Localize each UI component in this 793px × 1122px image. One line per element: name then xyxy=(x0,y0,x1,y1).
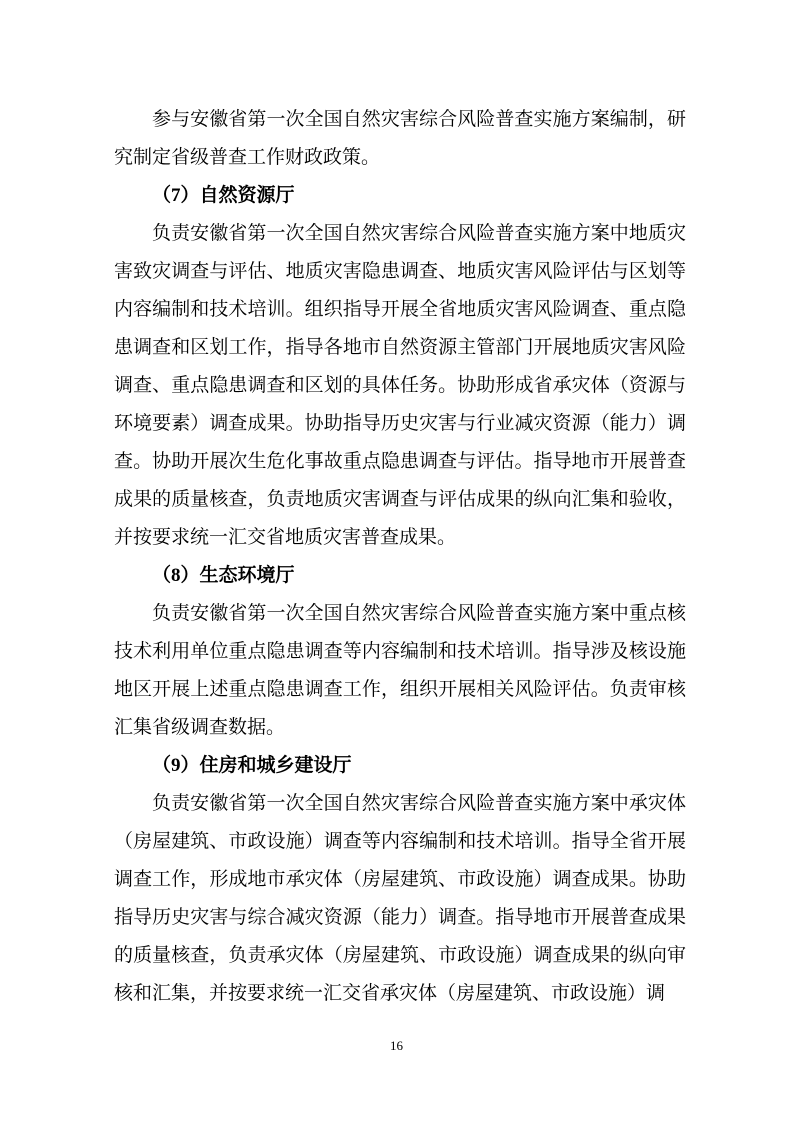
page-number: 16 xyxy=(0,1038,793,1054)
document-body: 参与安徽省第一次全国自然灾害综合风险普查实施方案编制，研究制定省级普查工作财政政… xyxy=(114,101,686,1013)
section-heading: （8）生态环境厅 xyxy=(114,557,686,595)
paragraph: 参与安徽省第一次全国自然灾害综合风险普查实施方案编制，研究制定省级普查工作财政政… xyxy=(114,101,686,177)
section-heading: （9）住房和城乡建设厅 xyxy=(114,747,686,785)
paragraph: 负责安徽省第一次全国自然灾害综合风险普查实施方案中重点核技术利用单位重点隐患调查… xyxy=(114,595,686,747)
paragraph: 负责安徽省第一次全国自然灾害综合风险普查实施方案中承灾体（房屋建筑、市政设施）调… xyxy=(114,785,686,1013)
document-page: 参与安徽省第一次全国自然灾害综合风险普查实施方案编制，研究制定省级普查工作财政政… xyxy=(0,0,793,1122)
section-heading: （7）自然资源厅 xyxy=(114,177,686,215)
paragraph: 负责安徽省第一次全国自然灾害综合风险普查实施方案中地质灾害致灾调查与评估、地质灾… xyxy=(114,215,686,557)
